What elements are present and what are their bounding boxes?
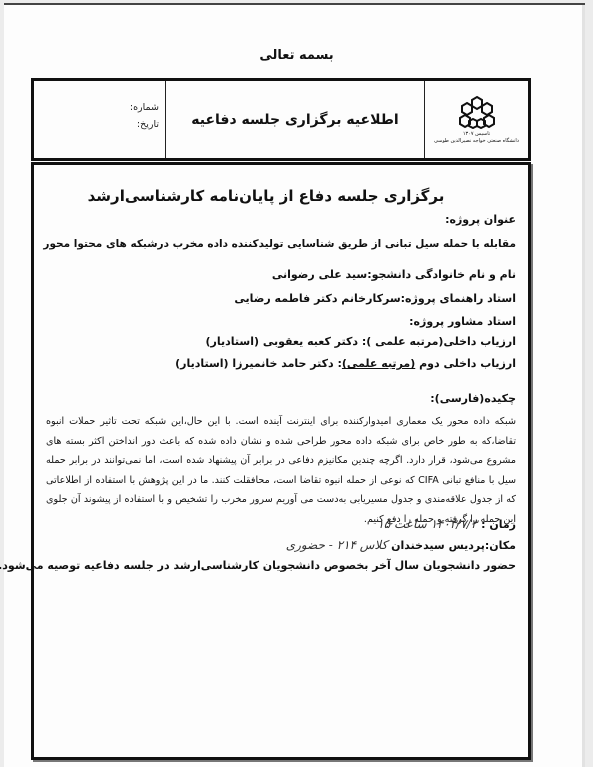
time-row: زمان : ۱۴۰۳/۷/۳ ساعت ۱۵ (377, 517, 516, 531)
location-handwritten: کلاس ۲۱۴ - حضوری (286, 538, 388, 552)
examiner-2-rank: (مرتبه علمی) (342, 357, 415, 370)
examiner-2-name: : دکتر حامد خانمیرزا (استادیار) (175, 357, 342, 370)
time-handwritten: ۱۴۰۳/۷/۳ ساعت ۱۵ (377, 517, 477, 531)
announcement-title: اطلاعیه برگزاری جلسه دفاعیه (166, 81, 424, 158)
number-label: شماره: (130, 99, 159, 116)
abstract-text: شبکه داده محور یک معماری امیدوارکننده بر… (46, 412, 516, 529)
internal-examiner-2: ارزیاب داخلی دوم (مرتبه علمی): دکتر حامد… (175, 357, 516, 370)
abstract-label: چکیده(فارسی): (430, 392, 516, 405)
examiner-2-prefix: ارزیاب داخلی دوم (415, 357, 516, 370)
location-row: مکان:پردیس سیدخندان کلاس ۲۱۴ - حضوری (286, 538, 516, 552)
basmala-heading: بسمه تعالی (0, 48, 593, 63)
university-logo-icon (459, 95, 495, 129)
established-year: تاسیس ۱۳۰۷ (463, 131, 490, 137)
university-name: دانشگاه صنعتی خواجه نصیرالدین طوسی (434, 138, 519, 144)
attendance-note: حضور دانشجویان سال آخر بخصوص دانشجویان ک… (0, 559, 516, 572)
project-title: مقابله با حمله سیل تبانی از طریق شناسایی… (43, 238, 516, 250)
header-box: شماره: تاریخ: اطلاعیه برگزاری جلسه دفاعی… (31, 78, 531, 161)
project-title-label: عنوان پروژه: (445, 213, 516, 226)
date-label: تاریخ: (130, 116, 159, 133)
location-label: مکان:پردیس سیدخندان (387, 539, 516, 552)
advisor: استاد مشاور پروژه: (409, 315, 516, 328)
announcement-body: برگزاری جلسه دفاع از پایان‌نامه کارشناسی… (31, 162, 531, 760)
supervisor: استاد راهنمای پروژه:سرکارخانم دکتر فاطمه… (234, 292, 516, 305)
reference-cell: شماره: تاریخ: (34, 81, 166, 158)
logo-cell: تاسیس ۱۳۰۷ دانشگاه صنعتی خواجه نصیرالدین… (424, 81, 528, 158)
student-name: نام و نام خانوادگی دانشجو:سید علی رضوانی (272, 268, 516, 281)
defense-title: برگزاری جلسه دفاع از پایان‌نامه کارشناسی… (46, 187, 516, 205)
internal-examiner-1: ارزیاب داخلی(مرتبه علمی ): دکتر کعبه یعق… (206, 335, 516, 348)
time-label: زمان : (477, 518, 516, 531)
